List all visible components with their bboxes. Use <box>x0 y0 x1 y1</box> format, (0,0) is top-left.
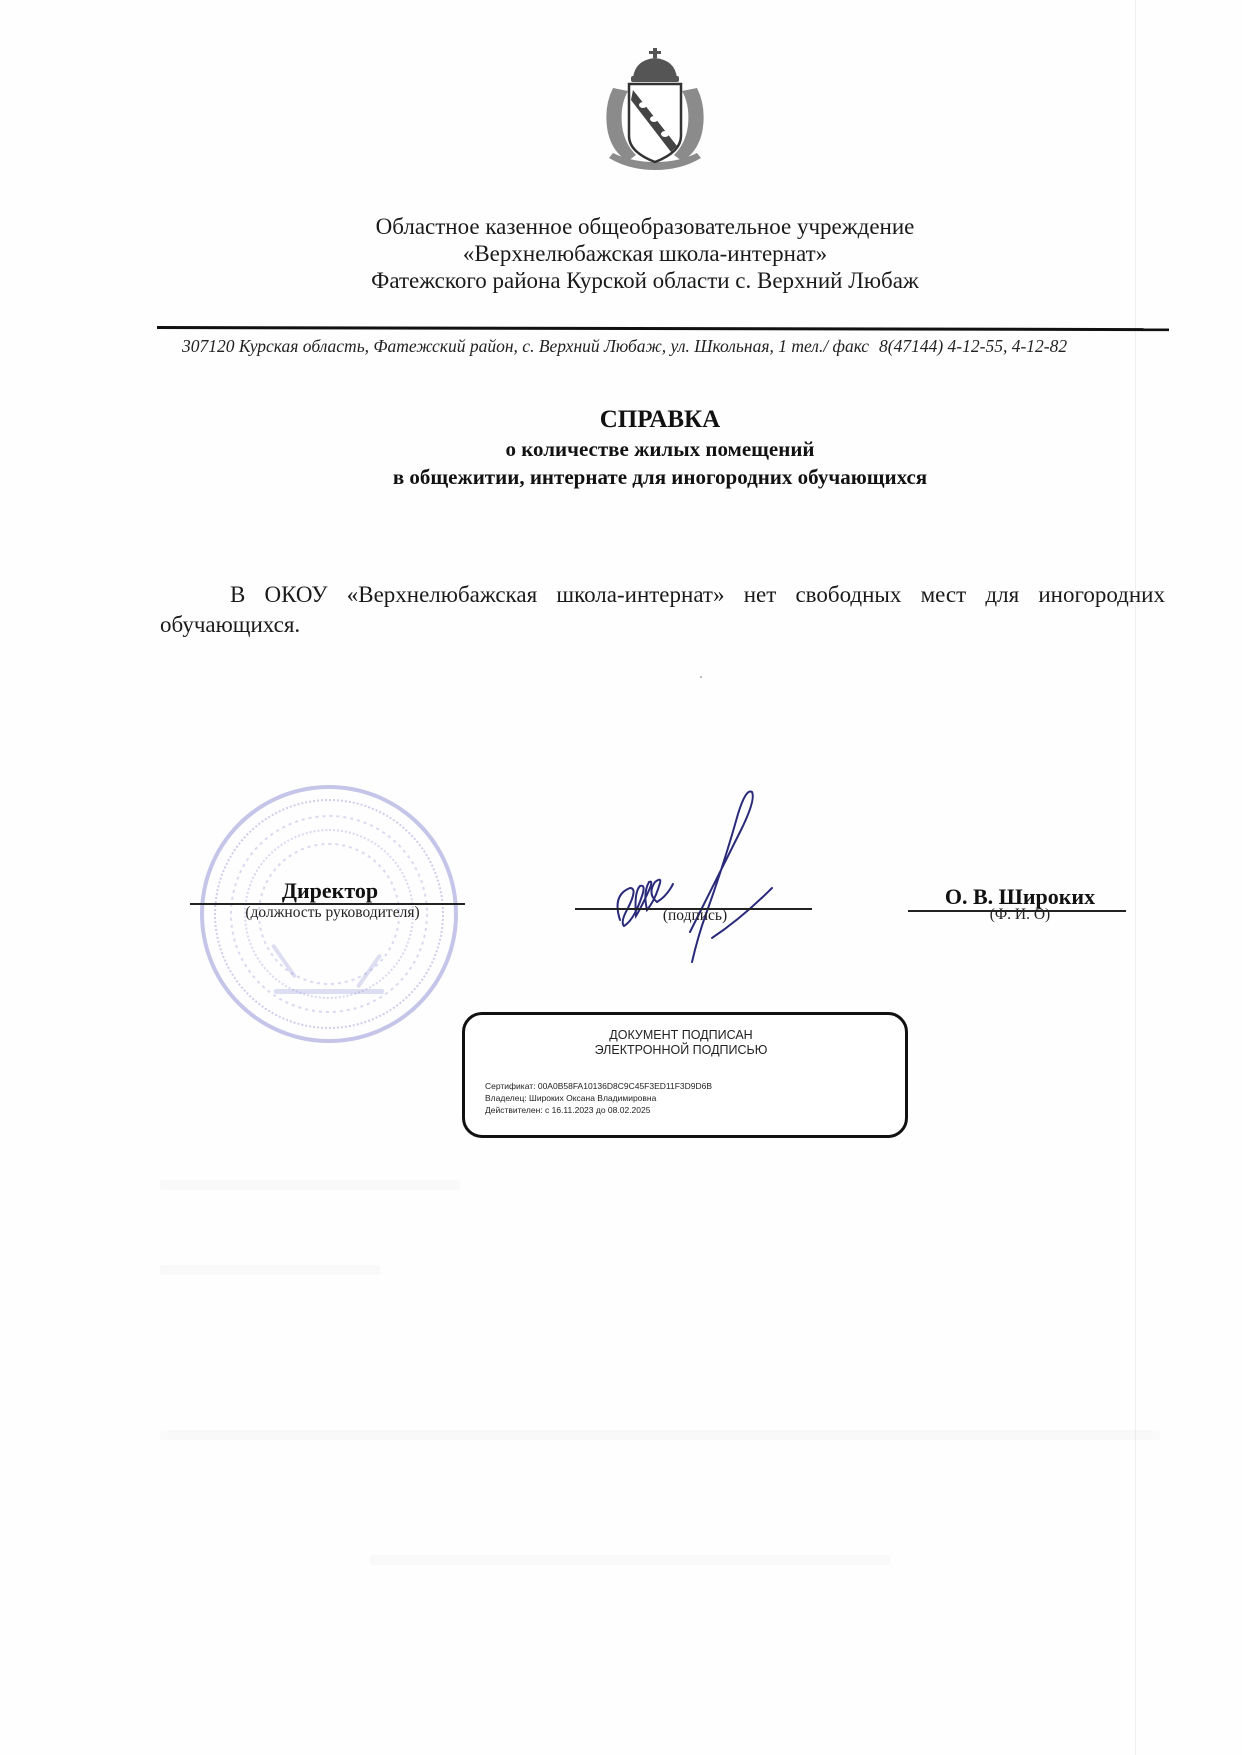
header-divider <box>157 326 1169 331</box>
signature-caption: (подпись) <box>650 907 740 925</box>
address-line: 307120 Курская область, Фатежский район,… <box>182 336 1182 357</box>
organization-line-1: Областное казенное общеобразовательное у… <box>300 213 990 240</box>
body-paragraph: В ОКОУ «Верхнелюбажская школа-интернат» … <box>160 580 1165 640</box>
esig-details: Сертификат: 00A0B58FA10136D8C9C45F3ED11F… <box>485 1080 712 1116</box>
phone-fax: 8(47144) 4-12-55, 4-12-82 <box>879 336 1067 356</box>
esig-heading: ДОКУМЕНТ ПОДПИСАН ЭЛЕКТРОННОЙ ПОДПИСЬЮ <box>465 1028 905 1058</box>
signer-role-caption: (должность руководителя) <box>225 904 440 922</box>
handwritten-signature-icon <box>590 770 840 970</box>
esig-validity: Действителен: с 16.11.2023 до 08.02.2025 <box>485 1104 712 1116</box>
coat-of-arms-icon <box>595 48 715 173</box>
esig-heading-line-2: ЭЛЕКТРОННОЙ ПОДПИСЬЮ <box>457 1043 905 1058</box>
signer-role: Директор <box>240 878 420 904</box>
organization-line-3: Фатежского района Курской области с. Вер… <box>300 267 990 294</box>
title-sub-2: в общежитии, интернате для иногородних о… <box>300 463 1020 491</box>
scan-ghost <box>160 1180 460 1190</box>
document-title: СПРАВКА о количестве жилых помещений в о… <box>300 405 1020 491</box>
signer-name-caption: (Ф. И. О) <box>965 906 1075 924</box>
scan-ghost <box>370 1555 890 1565</box>
esig-heading-line-1: ДОКУМЕНТ ПОДПИСАН <box>457 1028 905 1043</box>
organization-header: Областное казенное общеобразовательное у… <box>300 213 990 294</box>
title-sub-1: о количестве жилых помещений <box>300 435 1020 463</box>
scan-edge <box>1135 0 1136 1755</box>
organization-line-2: «Верхнелюбажская школа-интернат» <box>300 240 990 267</box>
document-page: Областное казенное общеобразовательное у… <box>0 0 1242 1755</box>
scan-ghost <box>160 1265 380 1275</box>
esig-certificate: Сертификат: 00A0B58FA10136D8C9C45F3ED11F… <box>485 1080 712 1092</box>
esig-owner: Владелец: Широких Оксана Владимировна <box>485 1092 712 1104</box>
electronic-signature-box: ДОКУМЕНТ ПОДПИСАН ЭЛЕКТРОННОЙ ПОДПИСЬЮ С… <box>462 1012 908 1138</box>
scan-ghost <box>160 1430 1160 1440</box>
title-main: СПРАВКА <box>300 405 1020 435</box>
address-text: 307120 Курская область, Фатежский район,… <box>182 336 869 356</box>
scan-speck <box>700 676 702 678</box>
